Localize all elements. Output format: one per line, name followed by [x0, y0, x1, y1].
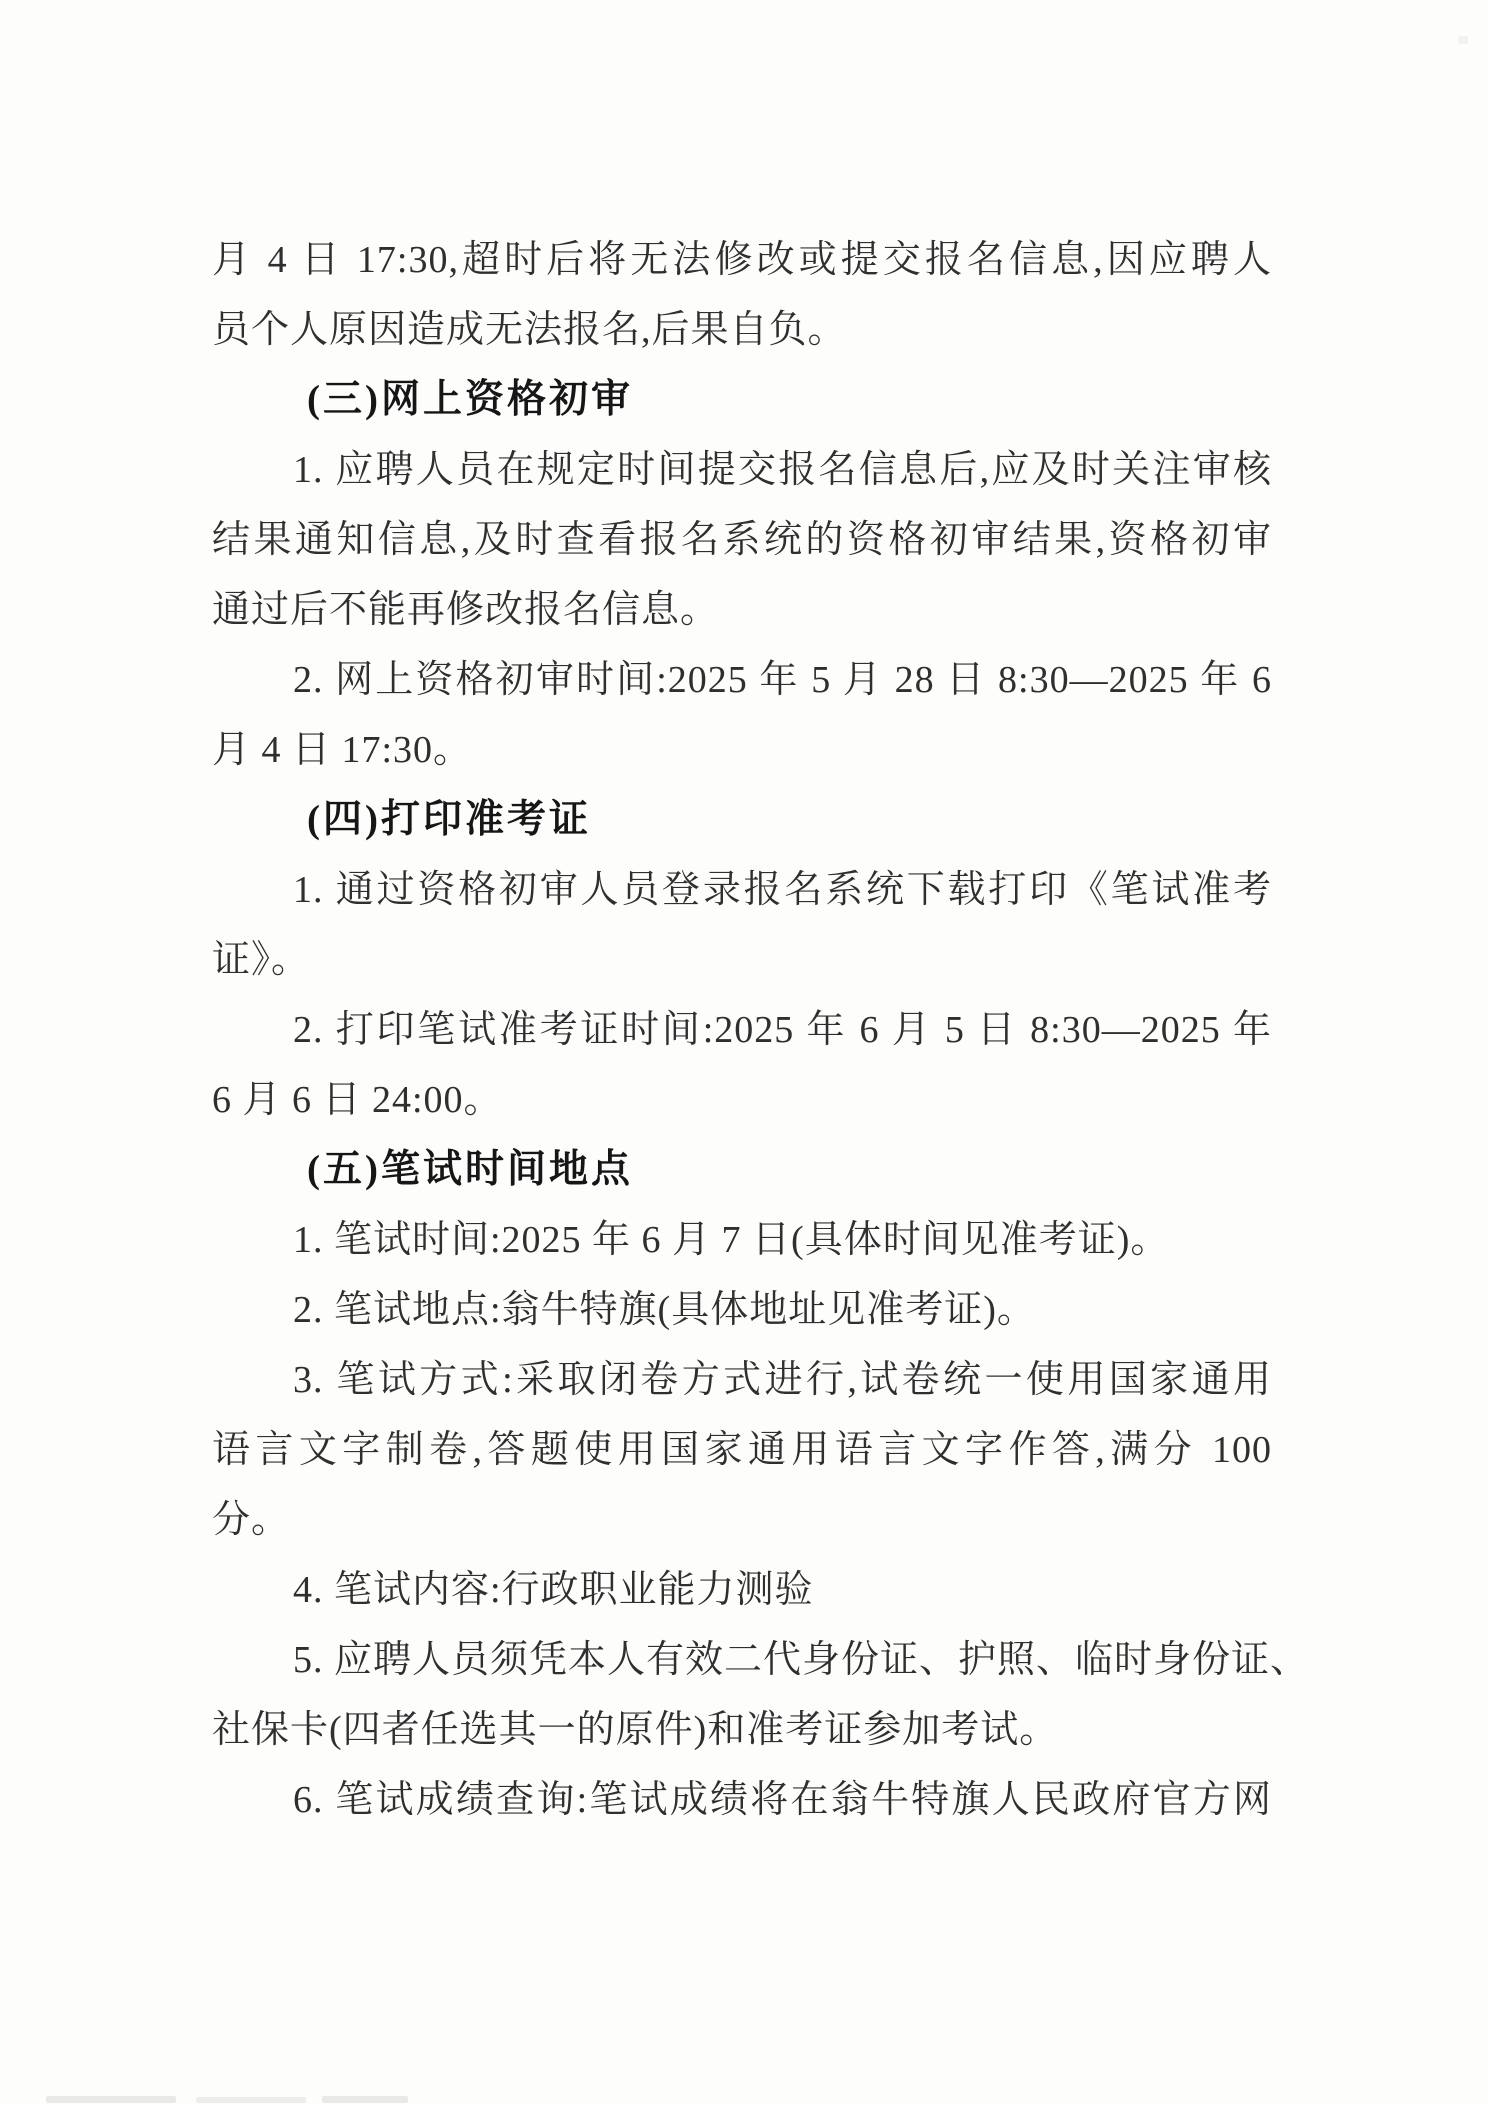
scanned-page: 月 4 日 17:30,超时后将无法修改或提交报名信息,因应聘人员个人原因造成无…	[0, 0, 1488, 2104]
section-heading: (三)网上资格初审	[212, 365, 1272, 435]
text-line: 1. 笔试时间:2025 年 6 月 7 日(具体时间见准考证)。	[212, 1205, 1272, 1275]
text-line: 月 4 日 17:30。	[212, 715, 1272, 785]
text-line: 社保卡(四者任选其一的原件)和准考证参加考试。	[212, 1695, 1272, 1765]
scan-artifact-bottom	[196, 2097, 306, 2103]
scan-artifact-dot	[1458, 36, 1468, 44]
scan-artifact-bottom	[46, 2096, 176, 2103]
text-line: 员个人原因造成无法报名,后果自负。	[212, 295, 1272, 365]
text-line: 2. 打印笔试准考证时间:2025 年 6 月 5 日 8:30—2025 年	[212, 995, 1272, 1065]
text-line: 2. 网上资格初审时间:2025 年 5 月 28 日 8:30—2025 年 …	[212, 645, 1272, 715]
section-heading: (五)笔试时间地点	[212, 1135, 1272, 1205]
section-heading: (四)打印准考证	[212, 785, 1272, 855]
text-line: 通过后不能再修改报名信息。	[212, 575, 1272, 645]
text-line: 分。	[212, 1485, 1272, 1555]
text-line: 6. 笔试成绩查询:笔试成绩将在翁牛特旗人民政府官方网	[212, 1765, 1272, 1835]
text-line: 4. 笔试内容:行政职业能力测验	[212, 1555, 1272, 1625]
text-line: 证》。	[212, 925, 1272, 995]
document-body: 月 4 日 17:30,超时后将无法修改或提交报名信息,因应聘人员个人原因造成无…	[212, 225, 1272, 1835]
text-line: 结果通知信息,及时查看报名系统的资格初审结果,资格初审	[212, 505, 1272, 575]
text-line: 月 4 日 17:30,超时后将无法修改或提交报名信息,因应聘人	[212, 225, 1272, 295]
text-line: 6 月 6 日 24:00。	[212, 1065, 1272, 1135]
text-line: 5. 应聘人员须凭本人有效二代身份证、护照、临时身份证、	[212, 1625, 1272, 1695]
text-line: 语言文字制卷,答题使用国家通用语言文字作答,满分 100	[212, 1415, 1272, 1485]
text-line: 2. 笔试地点:翁牛特旗(具体地址见准考证)。	[212, 1275, 1272, 1345]
scan-artifact-bottom	[322, 2096, 408, 2103]
text-line: 1. 应聘人员在规定时间提交报名信息后,应及时关注审核	[212, 435, 1272, 505]
text-line: 1. 通过资格初审人员登录报名系统下载打印《笔试准考	[212, 855, 1272, 925]
text-line: 3. 笔试方式:采取闭卷方式进行,试卷统一使用国家通用	[212, 1345, 1272, 1415]
